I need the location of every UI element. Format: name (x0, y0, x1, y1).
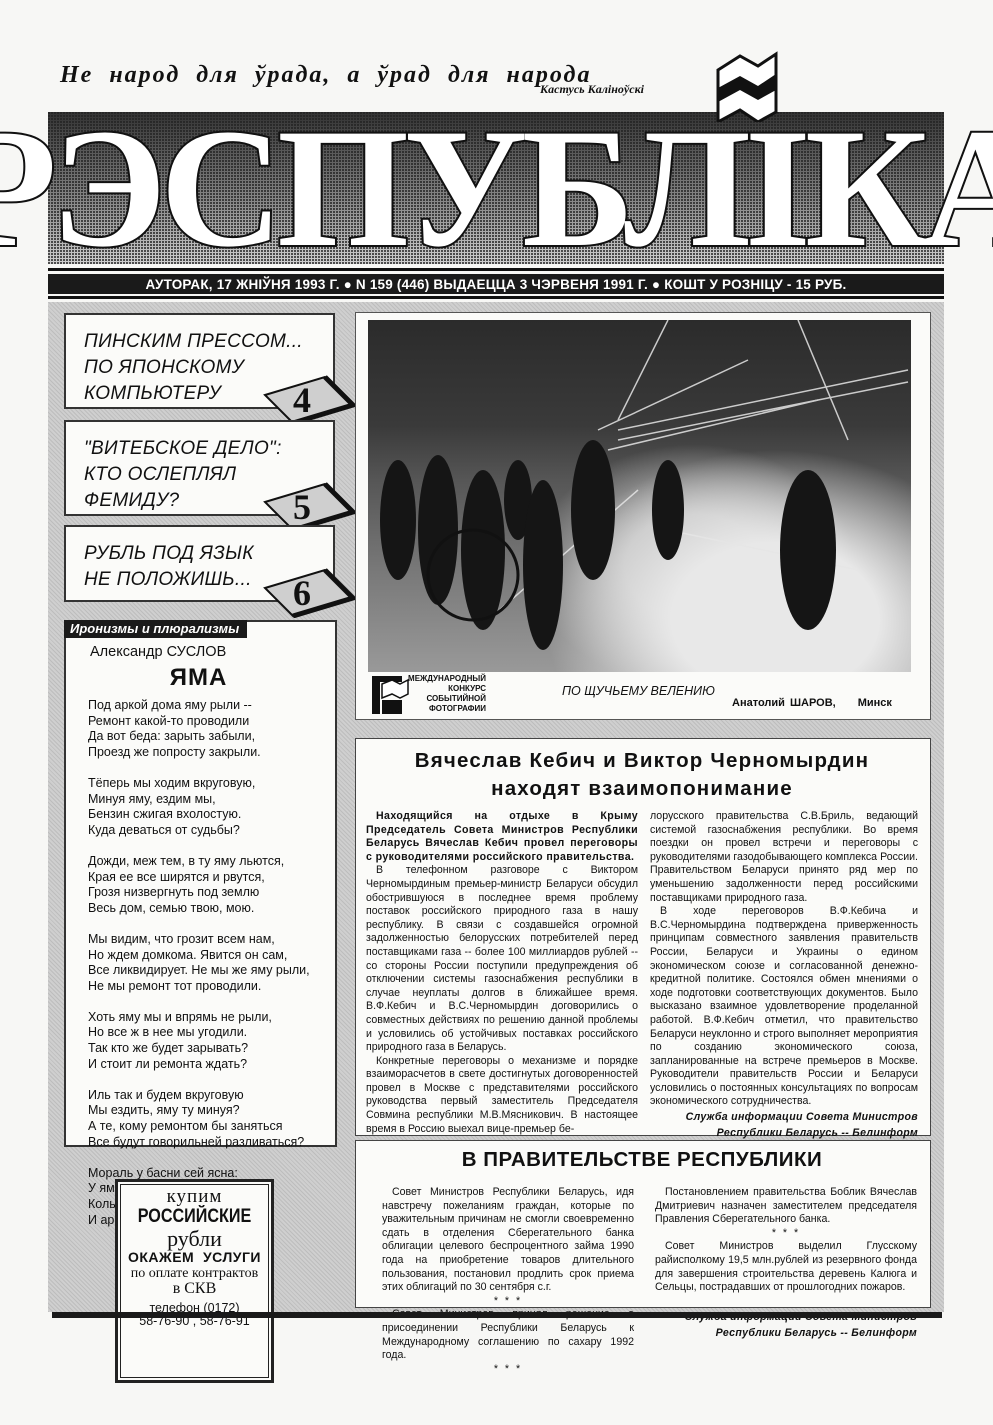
page-number: 5 (293, 486, 311, 528)
news-item: Постановлением правительства Боблик Вяче… (655, 1186, 917, 1227)
news-photo (368, 320, 911, 672)
poem-stanza: Хоть яму мы и впрямь не рыли,Но все ж в … (88, 1010, 310, 1072)
poem-line: Мораль у басни сей ясна: (88, 1166, 310, 1182)
newspaper-title: РЭСПУБЛІКА (48, 110, 944, 266)
photographer-name: Анатолий ШАРОВ, (732, 697, 836, 709)
poem-line: Иль так и будем вкруговую (88, 1088, 310, 1104)
separator: * * * (382, 1363, 634, 1377)
poem-stanza: Иль так и будем вкруговуюМы ездить, яму … (88, 1088, 310, 1150)
poem-line: Да вот беда: зарыть забыли, (88, 729, 310, 745)
flag-icon (710, 50, 780, 122)
page-number-arrow: 4 (263, 375, 355, 421)
article-lead: Находящийся на отдыхе в Крыму Председате… (366, 810, 638, 864)
poem-stanza: Под аркой дома яму рыли --Ремонт какой-т… (88, 698, 310, 760)
poem-line: Все ликвидирует. Не мы же яму рыли, (88, 963, 310, 979)
ad-line: по оплате контрактов (121, 1267, 268, 1282)
article-column-2: лорусского правительства С.В.Бриль, веда… (650, 810, 918, 1141)
signature-line: Республики Беларусь -- Белинформ (655, 1325, 917, 1341)
poem-line: Не мы ремонт тот проводили. (88, 979, 310, 995)
poem-line: Ремонт какой-то проводили (88, 714, 310, 730)
poem-line: Дожди, меж тем, в ту яму льются, (88, 854, 310, 870)
poem-text: Под аркой дома яму рыли --Ремонт какой-т… (88, 698, 310, 1244)
ad-line: в СКВ (121, 1281, 268, 1298)
signature-line: Служба информации Совета Министров (650, 1109, 918, 1125)
poem-line: Весь дом, семью твою, мою. (88, 901, 310, 917)
poem-line: Мы видим, что грозит всем нам, (88, 932, 310, 948)
teaser-box-page-5[interactable]: "ВИТЕБСКОЕ ДЕЛО": КТО ОСЛЕПЛЯЛ ФЕМИДУ? 5 (64, 420, 335, 516)
masthead-rule (48, 268, 944, 271)
page-number-arrow: 5 (263, 482, 355, 528)
teaser-line: ПИНСКИМ ПРЕССОМ... (84, 329, 333, 355)
poem-line: Тёперь мы ходим вкруговую, (88, 776, 310, 792)
headline-line: находят взаимопонимание (355, 775, 929, 803)
photo-credit: Анатолий ШАРОВ,Минск (732, 697, 892, 709)
fishing-photo-image (368, 320, 911, 672)
article-paragraph: лорусского правительства С.В.Бриль, веда… (650, 810, 918, 905)
currency-exchange-ad: купим РОССИЙСКИЕ рубли ОКАЖЕМ УСЛУГИ по … (117, 1181, 272, 1381)
article-signature: Служба информации Совета Министров Респу… (650, 1109, 918, 1141)
poem-stanza: Дожди, меж тем, в ту яму льются,Края ее … (88, 854, 310, 916)
teaser-line: "ВИТЕБСКОЕ ДЕЛО": (84, 436, 333, 462)
page-number-arrow: 6 (263, 568, 355, 614)
ad-line: рубли (121, 1227, 268, 1250)
dateline: АУТОРАК, 17 ЖНІЎНЯ 1993 Г. ● N 159 (446)… (48, 274, 944, 294)
news-item: Совет Министров Республики Беларусь, идя… (382, 1186, 634, 1295)
contest-line: КОНКУРС (404, 684, 486, 694)
photo-contest-label: МЕЖДУНАРОДНЫЙ КОНКУРС СОБЫТИЙНОЙ ФОТОГРА… (404, 674, 486, 714)
government-column-1: Совет Министров Республики Беларусь, идя… (382, 1186, 634, 1376)
poem-stanza: Тёперь мы ходим вкруговую,Минуя яму, езд… (88, 776, 310, 838)
poem-line: Мы ездить, яму ту минуя? (88, 1103, 310, 1119)
poem-line: Куда деваться от судьбы? (88, 823, 310, 839)
ad-line: РОССИЙСКИЕ (132, 1207, 257, 1227)
poem-author: Александр СУСЛОВ (90, 644, 226, 660)
contest-line: ФОТОГРАФИИ (404, 704, 486, 714)
article-paragraph: В телефонном разговоре с Виктором Черном… (366, 864, 638, 1054)
separator: * * * (382, 1295, 634, 1309)
rubric-label: Иронизмы и плюрализмы (64, 620, 247, 638)
teaser-box-page-4[interactable]: ПИНСКИМ ПРЕССОМ... ПО ЯПОНСКОМУ КОМПЬЮТЕ… (64, 313, 335, 409)
headline-line: Вячеслав Кебич и Виктор Черномырдин (355, 747, 929, 775)
poem-line: А те, кому ремонтом бы заняться (88, 1119, 310, 1135)
poem-line: Но все ж в нее мы угодили. (88, 1025, 310, 1041)
ad-line: ОКАЖЕМ УСЛУГИ (121, 1250, 268, 1265)
separator: * * * (655, 1227, 917, 1241)
poem-line: Так кто же будет зарывать? (88, 1041, 310, 1057)
contest-line: МЕЖДУНАРОДНЫЙ (404, 674, 486, 684)
article-paragraph: Конкретные переговоры о механизме и поря… (366, 1055, 638, 1137)
poem-line: Под аркой дома яму рыли -- (88, 698, 310, 714)
poem-line: Бензин сжигая вхолостую. (88, 807, 310, 823)
photo-location: Минск (858, 697, 892, 709)
article-column-1: Находящийся на отдыхе в Крыму Председате… (366, 810, 638, 1136)
poem-line: И стоит ли ремонта ждать? (88, 1057, 310, 1073)
government-headline: В ПРАВИТЕЛЬСТВЕ РЕСПУБЛИКИ (355, 1148, 929, 1172)
poem-line: Минуя яму, ездим мы, (88, 792, 310, 808)
poem-line: Но ждем домкома. Явится он сам, (88, 948, 310, 964)
masthead-rule (48, 296, 944, 299)
poem-stanza: Мы видим, что грозит всем нам,Но ждем до… (88, 932, 310, 994)
ad-line: купим (121, 1187, 268, 1207)
article-paragraph: В ходе переговоров В.Ф.Кебича и В.С.Черн… (650, 905, 918, 1109)
teaser-box-page-6[interactable]: РУБЛЬ ПОД ЯЗЫК НЕ ПОЛОЖИШЬ... 6 (64, 525, 335, 602)
news-item: Совет Министров выделил Глусскому райисп… (655, 1240, 917, 1294)
poem-line: Проезд же попросту закрыли. (88, 745, 310, 761)
page-number: 4 (293, 379, 311, 421)
contest-line: СОБЫТИЙНОЙ (404, 694, 486, 704)
poem-line: Края ее все ширятся и рвутся, (88, 870, 310, 886)
signature-line: Республики Беларусь -- Белинформ (650, 1125, 918, 1141)
page-number: 6 (293, 572, 311, 614)
photo-caption: ПО ЩУЧЬЕМУ ВЕЛЕНИЮ (562, 684, 715, 698)
poem-line: Грозя низвергнуть под землю (88, 885, 310, 901)
page-bottom-rule (52, 1312, 942, 1318)
poem-title: ЯМА (64, 664, 333, 692)
poem-line: Все будут говорильней разливаться? (88, 1135, 310, 1151)
article-headline: Вячеслав Кебич и Виктор Черномырдин нахо… (355, 747, 929, 803)
motto: Не народ для ўрада, а ўрад для народа (60, 62, 591, 89)
teaser-line: РУБЛЬ ПОД ЯЗЫК (84, 541, 333, 567)
poem-line: Хоть яму мы и впрямь не рыли, (88, 1010, 310, 1026)
